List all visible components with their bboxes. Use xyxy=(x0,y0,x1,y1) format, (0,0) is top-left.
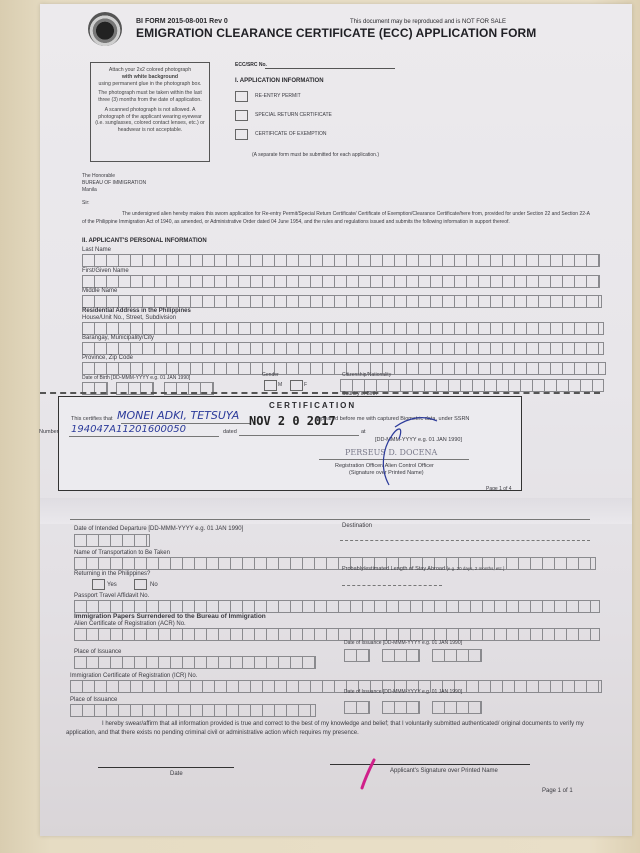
first-name-field[interactable] xyxy=(82,275,600,288)
certification-page-number: Page 1 of 4 xyxy=(486,486,512,492)
certification-title: CERTIFICATION xyxy=(269,401,356,410)
handwritten-name: MONEI ADKI, TETSUYA xyxy=(117,409,239,422)
ecc-no-field[interactable] xyxy=(265,68,395,69)
acr-issuance-year-field[interactable] xyxy=(432,649,482,662)
returning-yes-label: Yes xyxy=(107,582,117,589)
icr-place-of-issuance-field[interactable] xyxy=(70,704,316,717)
departure-field[interactable] xyxy=(74,534,150,547)
section-1-title: I. APPLICATION INFORMATION xyxy=(235,78,324,84)
icr-issuance-year-field[interactable] xyxy=(432,701,482,714)
gender-male-label: M xyxy=(278,382,282,388)
separate-form-note: (A separate form must be submitted for e… xyxy=(252,152,379,158)
certifies-label: This certifies that xyxy=(71,416,113,423)
photo-instruction: using permanent glue in the photograph b… xyxy=(99,81,202,87)
applicant-signature-label: Applicant's Signature over Printed Name xyxy=(390,768,498,775)
photo-instruction-bold: with white background xyxy=(122,74,178,80)
number-line xyxy=(69,436,219,437)
form-title: EMIGRATION CLEARANCE CERTIFICATE (ECC) A… xyxy=(136,26,536,40)
checkbox-reentry-permit[interactable] xyxy=(235,91,248,102)
ecc-no-label: ECC/SRC No. xyxy=(235,62,267,68)
gender-female-checkbox[interactable] xyxy=(290,380,303,391)
destination-field[interactable] xyxy=(340,540,590,541)
addressee-line: BUREAU OF IMMIGRATION xyxy=(82,180,146,186)
form-number: BI FORM 2015-08-001 Rev 0 xyxy=(136,18,228,25)
acr-issuance-day-field[interactable] xyxy=(344,649,370,662)
passport-affidavit-field[interactable] xyxy=(74,600,600,613)
length-of-stay-field[interactable] xyxy=(342,585,442,586)
photo-instruction: A scanned photograph is not allowed. A p… xyxy=(95,107,205,134)
citizenship-label: Citizenship/Nationality xyxy=(342,372,391,378)
number-label: Number xyxy=(39,429,59,436)
handwritten-ssrn-number: 194047A11201600050 xyxy=(71,424,186,435)
option-reentry-permit: RE-ENTRY PERMIT xyxy=(255,93,301,99)
returning-no-checkbox[interactable] xyxy=(134,579,147,590)
not-for-sale-notice: This document may be reproduced and is N… xyxy=(350,19,506,25)
dated-label: dated xyxy=(223,429,237,436)
last-name-field[interactable] xyxy=(82,254,600,267)
acr-place-of-issuance-field[interactable] xyxy=(74,656,316,669)
icr-issuance-month-field[interactable] xyxy=(382,701,420,714)
option-certificate-exemption: CERTIFICATE OF EXEMPTION xyxy=(255,131,327,137)
transport-field[interactable] xyxy=(74,557,596,570)
bureau-seal-icon xyxy=(88,12,122,46)
checkbox-special-return[interactable] xyxy=(235,110,248,121)
icr-date-of-issuance-label: Date of Issuance [DD-MMM-YYYY e.g. 01 JA… xyxy=(344,689,462,695)
returning-yes-checkbox[interactable] xyxy=(92,579,105,590)
photo-instruction: Attach your 2x2 colored photograph xyxy=(109,67,191,73)
addressee-line: The Honorable xyxy=(82,173,115,179)
application-form-sheet: BI FORM 2015-08-001 Rev 0 This document … xyxy=(40,4,632,836)
house-field[interactable] xyxy=(82,322,604,335)
date-signature-line[interactable] xyxy=(98,767,234,768)
photo-instruction: The photograph must be taken within the … xyxy=(95,90,205,104)
cut-line xyxy=(40,392,600,394)
icr-field[interactable] xyxy=(70,680,602,693)
section-2-title: II. APPLICANT'S PERSONAL INFORMATION xyxy=(82,238,207,244)
photo-box: Attach your 2x2 colored photographwith w… xyxy=(90,62,210,162)
papers-surrendered-heading: Immigration Papers Surrendered to the Bu… xyxy=(74,613,266,621)
destination-label: Destination xyxy=(342,523,372,530)
middle-name-field[interactable] xyxy=(82,295,602,308)
divider xyxy=(70,519,590,520)
addressee-line: Manila xyxy=(82,187,97,193)
paper-fold xyxy=(40,498,632,524)
salutation: Sir: xyxy=(82,200,90,206)
length-of-stay-hint: [e.g. 20 days, 2 months, etc.] xyxy=(447,566,505,571)
dob-label: Date of Birth [DD-MMM-YYYY e.g. 01 JAN 1… xyxy=(82,375,190,381)
officer-signature-scribble xyxy=(349,407,439,487)
checkbox-certificate-exemption[interactable] xyxy=(235,129,248,140)
date-label: Date xyxy=(170,771,183,778)
acr-field[interactable] xyxy=(74,628,600,641)
barangay-field[interactable] xyxy=(82,342,604,355)
oath-paragraph: I hereby swear/affirm that all informati… xyxy=(66,720,594,739)
page-number: Page 1 of 1 xyxy=(542,788,573,795)
acr-date-of-issuance-label: Date of Issuance [DD-MMM-YYYY e.g. 01 JA… xyxy=(344,640,462,646)
returning-label: Returning in the Philippines? xyxy=(74,571,150,578)
certification-box: CERTIFICATION This certifies that MONEI … xyxy=(58,396,522,491)
icr-issuance-day-field[interactable] xyxy=(344,701,370,714)
dated-line xyxy=(239,435,359,436)
pink-ink-mark xyxy=(358,758,380,792)
departure-label: Date of Intended Departure [DD-MMM-YYYY … xyxy=(74,526,243,533)
gender-female-label: F xyxy=(304,382,307,388)
length-of-stay-text: Probably/estimated Length of Stay Abroad xyxy=(342,566,445,572)
length-of-stay-label: Probably/estimated Length of Stay Abroad… xyxy=(342,566,504,573)
intro-paragraph: The undersigned alien hereby makes this … xyxy=(82,211,594,226)
gender-male-checkbox[interactable] xyxy=(264,380,277,391)
option-special-return: SPECIAL RETURN CERTIFICATE xyxy=(255,112,332,118)
returning-no-label: No xyxy=(150,582,158,589)
acr-issuance-month-field[interactable] xyxy=(382,649,420,662)
gender-label: Gender xyxy=(262,372,279,378)
citizenship-field[interactable] xyxy=(340,379,604,392)
